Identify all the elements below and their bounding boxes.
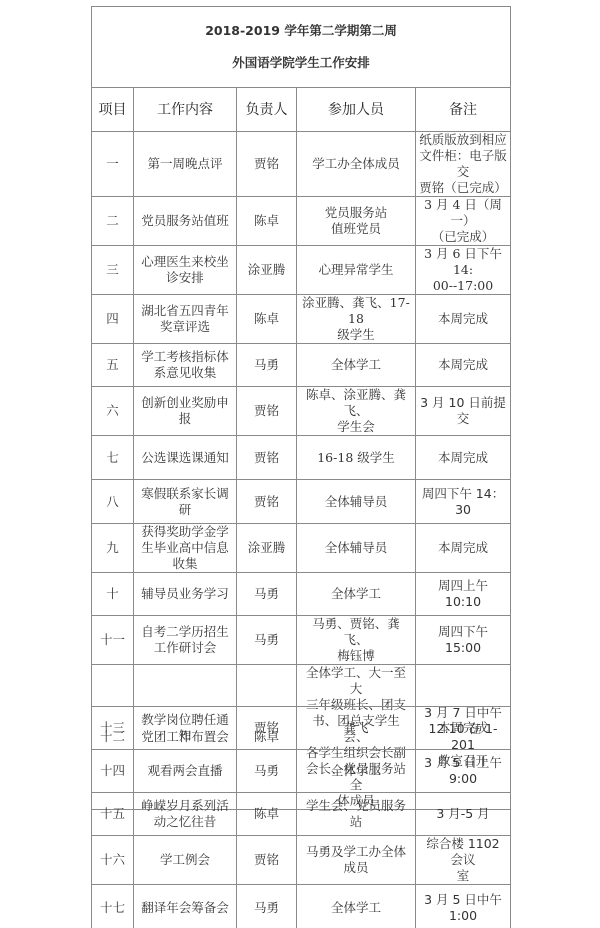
owner: 马勇 — [237, 885, 297, 928]
table-row: 六 创新创业奖励申 报 贾铭 陈卓、涂亚腾、龚飞、 学生会 3 月 10 日前提… — [92, 387, 511, 436]
note: 本周完成 — [416, 524, 511, 573]
table-row: 十 辅导员业务学习 马勇 全体学工 周四上午 10:10 — [92, 573, 511, 616]
table-row: 二 党员服务站值班 陈卓 党员服务站 值班党员 3 月 4 日（周一） （已完成… — [92, 197, 511, 246]
participants: 涂亚腾、龚飞、17-18 级学生 — [297, 295, 416, 344]
note: 3 月 4 日（周一） （已完成） — [416, 197, 511, 246]
item-number: 十一 — [92, 616, 134, 665]
owner: 陈卓 — [237, 295, 297, 344]
participants: 龚飞 — [297, 707, 416, 750]
table-row: 十五 峥嵘岁月系列活 动之忆往昔 陈卓 学生会、党员服务站 3 月-5 月 — [92, 793, 511, 836]
owner: 马勇 — [237, 573, 297, 616]
participants: 马勇、贾铭、龚飞、 梅钰博 — [297, 616, 416, 665]
note: 本周完成 — [416, 707, 511, 750]
item-number: 七 — [92, 436, 134, 480]
note: 周四下午 15:00 — [416, 616, 511, 665]
table-row: 十三 教学岗位聘任通 知 贾铭 龚飞 本周完成 — [92, 707, 511, 750]
participants: 全体辅导员 — [297, 480, 416, 524]
item-number: 四 — [92, 295, 134, 344]
item-number: 三 — [92, 246, 134, 295]
work-content: 党员服务站值班 — [134, 197, 237, 246]
title-line-1: 2018-2019 学年第二学期第二周 — [95, 23, 507, 39]
work-content: 学工考核指标体 系意见收集 — [134, 344, 237, 387]
note: 3 月 6 日下午 14: 00--17:00 — [416, 246, 511, 295]
participants: 全体学工 — [297, 573, 416, 616]
note: 纸质版放到相应 文件柜：电子版交 贾铭（已完成） — [416, 132, 511, 197]
note: 本周完成 — [416, 344, 511, 387]
work-content: 公选课选课通知 — [134, 436, 237, 480]
table-row: 八 寒假联系家长调 研 贾铭 全体辅导员 周四下午 14：30 — [92, 480, 511, 524]
table-row: 九 获得奖助学金学 生毕业高中信息 收集 涂亚腾 全体辅导员 本周完成 — [92, 524, 511, 573]
header-item: 项目 — [92, 88, 134, 132]
work-content: 自考二学历招生 工作研讨会 — [134, 616, 237, 665]
owner: 贾铭 — [237, 836, 297, 885]
item-number: 六 — [92, 387, 134, 436]
item-number: 十七 — [92, 885, 134, 928]
owner: 陈卓 — [237, 197, 297, 246]
work-content: 湖北省五四青年 奖章评选 — [134, 295, 237, 344]
item-number: 二 — [92, 197, 134, 246]
table-row: 四 湖北省五四青年 奖章评选 陈卓 涂亚腾、龚飞、17-18 级学生 本周完成 — [92, 295, 511, 344]
item-number: 八 — [92, 480, 134, 524]
participants: 16-18 级学生 — [297, 436, 416, 480]
header-content: 工作内容 — [134, 88, 237, 132]
note: 3 月 5 日上午 9:00 — [416, 750, 511, 793]
item-number: 十 — [92, 573, 134, 616]
owner: 贾铭 — [237, 436, 297, 480]
note: 3 月-5 月 — [416, 793, 511, 836]
note: 综合楼 1102 会议 室 — [416, 836, 511, 885]
note: 本周完成 — [416, 436, 511, 480]
title-row: 2018-2019 学年第二学期第二周 外国语学院学生工作安排 — [92, 7, 511, 88]
item-number: 五 — [92, 344, 134, 387]
owner: 贾铭 — [237, 707, 297, 750]
work-content: 寒假联系家长调 研 — [134, 480, 237, 524]
header-note: 备注 — [416, 88, 511, 132]
participants: 全体学工 — [297, 750, 416, 793]
table-row: 一 第一周晚点评 贾铭 学工办全体成员 纸质版放到相应 文件柜：电子版交 贾铭（… — [92, 132, 511, 197]
participants: 党员服务站 值班党员 — [297, 197, 416, 246]
owner: 涂亚腾 — [237, 246, 297, 295]
owner: 贾铭 — [237, 387, 297, 436]
work-content: 教学岗位聘任通 知 — [134, 707, 237, 750]
work-content: 翻译年会筹备会 — [134, 885, 237, 928]
work-content: 观看两会直播 — [134, 750, 237, 793]
table-row: 十四 观看两会直播 马勇 全体学工 3 月 5 日上午 9:00 — [92, 750, 511, 793]
table-row: 十七 翻译年会筹备会 马勇 全体学工 3 月 5 日中午 1:00 — [92, 885, 511, 928]
item-number: 一 — [92, 132, 134, 197]
work-content: 辅导员业务学习 — [134, 573, 237, 616]
owner: 涂亚腾 — [237, 524, 297, 573]
header-owner: 负责人 — [237, 88, 297, 132]
table-row: 三 心理医生来校坐 诊安排 涂亚腾 心理异常学生 3 月 6 日下午 14: 0… — [92, 246, 511, 295]
owner: 马勇 — [237, 616, 297, 665]
table-row: 七 公选课选课通知 贾铭 16-18 级学生 本周完成 — [92, 436, 511, 480]
owner: 陈卓 — [237, 793, 297, 836]
participants: 全体学工 — [297, 344, 416, 387]
table-row: 十一 自考二学历招生 工作研讨会 马勇 马勇、贾铭、龚飞、 梅钰博 周四下午 1… — [92, 616, 511, 665]
item-number: 九 — [92, 524, 134, 573]
header-participants: 参加人员 — [297, 88, 416, 132]
owner: 贾铭 — [237, 480, 297, 524]
item-number: 十四 — [92, 750, 134, 793]
owner: 马勇 — [237, 344, 297, 387]
schedule-table-part-2: 十三 教学岗位聘任通 知 贾铭 龚飞 本周完成 十四 观看两会直播 马勇 全体学… — [91, 706, 511, 928]
note: 周四下午 14：30 — [416, 480, 511, 524]
work-content: 创新创业奖励申 报 — [134, 387, 237, 436]
table-row: 十六 学工例会 贾铭 马勇及学工办全体 成员 综合楼 1102 会议 室 — [92, 836, 511, 885]
owner: 马勇 — [237, 750, 297, 793]
note: 周四上午 10:10 — [416, 573, 511, 616]
participants: 学生会、党员服务站 — [297, 793, 416, 836]
participants: 学工办全体成员 — [297, 132, 416, 197]
note: 本周完成 — [416, 295, 511, 344]
work-content: 学工例会 — [134, 836, 237, 885]
participants: 心理异常学生 — [297, 246, 416, 295]
document-title: 2018-2019 学年第二学期第二周 外国语学院学生工作安排 — [92, 7, 511, 88]
participants: 全体辅导员 — [297, 524, 416, 573]
schedule-table-part-1: 2018-2019 学年第二学期第二周 外国语学院学生工作安排 项目 工作内容 … — [91, 6, 511, 810]
participants: 陈卓、涂亚腾、龚飞、 学生会 — [297, 387, 416, 436]
note: 3 月 10 日前提交 — [416, 387, 511, 436]
participants: 马勇及学工办全体 成员 — [297, 836, 416, 885]
owner: 贾铭 — [237, 132, 297, 197]
work-content: 获得奖助学金学 生毕业高中信息 收集 — [134, 524, 237, 573]
item-number: 十三 — [92, 707, 134, 750]
work-content: 心理医生来校坐 诊安排 — [134, 246, 237, 295]
participants: 全体学工 — [297, 885, 416, 928]
table-row: 五 学工考核指标体 系意见收集 马勇 全体学工 本周完成 — [92, 344, 511, 387]
item-number: 十六 — [92, 836, 134, 885]
work-content: 峥嵘岁月系列活 动之忆往昔 — [134, 793, 237, 836]
work-content: 第一周晚点评 — [134, 132, 237, 197]
title-line-2: 外国语学院学生工作安排 — [95, 55, 507, 71]
header-row: 项目 工作内容 负责人 参加人员 备注 — [92, 88, 511, 132]
note: 3 月 5 日中午 1:00 — [416, 885, 511, 928]
item-number: 十五 — [92, 793, 134, 836]
